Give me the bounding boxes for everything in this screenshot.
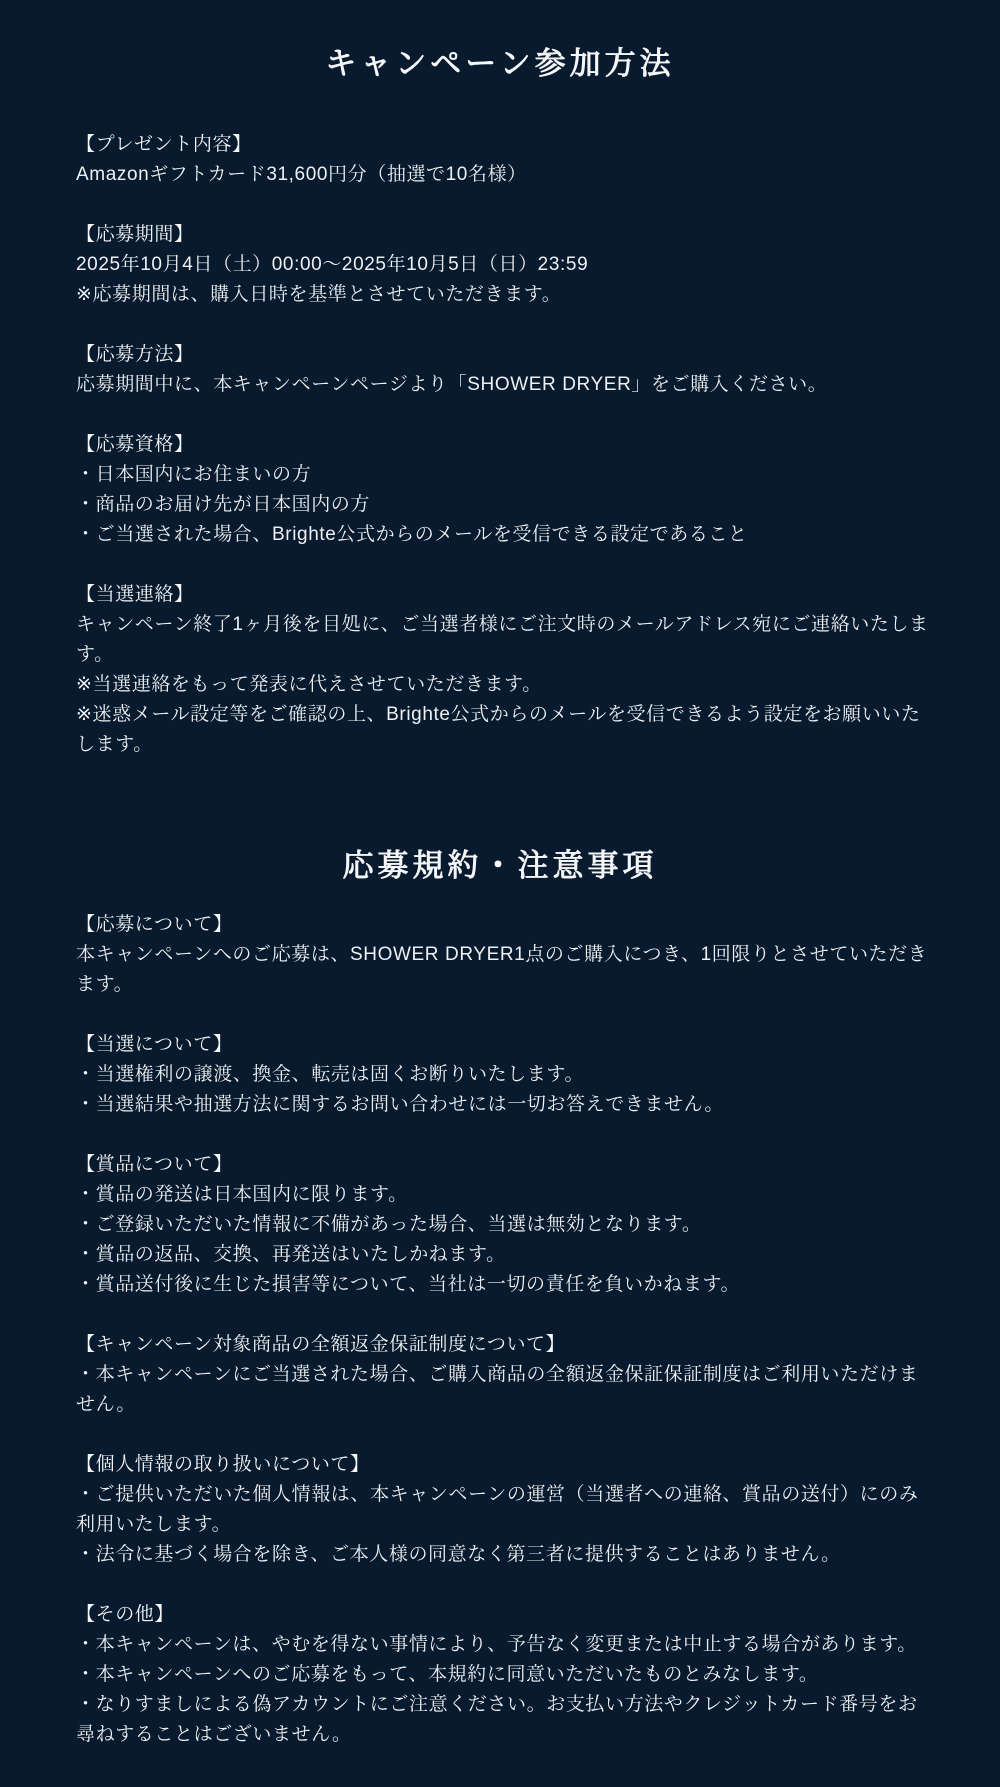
block-heading: 【賞品について】 xyxy=(76,1150,936,1180)
block-heading: 【プレゼント内容】 xyxy=(76,130,936,160)
list-item: ・法令に基づく場合を除き、ご本人様の同意なく第三者に提供することはありません。 xyxy=(76,1540,936,1570)
list-item: ・なりすましによる偽アカウントにご注意ください。お支払い方法やクレジットカード番… xyxy=(76,1690,936,1750)
paragraph: ※迷惑メール設定等をご確認の上、Brighte公式からのメールを受信できるよう設… xyxy=(76,700,936,760)
list-item: ・当選権利の譲渡、換金、転売は固くお断りいたします。 xyxy=(76,1060,936,1090)
block-others: 【その他】 ・本キャンペーンは、やむを得ない事情により、予告なく変更または中止す… xyxy=(76,1600,936,1750)
campaign-terms-page: キャンペーン参加方法 【プレゼント内容】 Amazonギフトカード31,600円… xyxy=(0,0,1000,1787)
block-refund-guarantee: 【キャンペーン対象商品の全額返金保証制度について】 ・本キャンペーンにご当選され… xyxy=(76,1330,936,1420)
list-item: ・本キャンペーンは、やむを得ない事情により、予告なく変更または中止する場合があり… xyxy=(76,1630,936,1660)
block-heading: 【当選について】 xyxy=(76,1030,936,1060)
paragraph: 2025年10月4日（土）00:00〜2025年10月5日（日）23:59 xyxy=(76,250,936,280)
paragraph: ※当選連絡をもって発表に代えさせていただきます。 xyxy=(76,670,936,700)
block-entry-method: 【応募方法】 応募期間中に、本キャンペーンページより「SHOWER DRYER」… xyxy=(76,340,936,400)
page-title-how-to-join: キャンペーン参加方法 xyxy=(0,42,1000,86)
list-item: ・商品のお届け先が日本国内の方 xyxy=(76,490,936,520)
paragraph: キャンペーン終了1ヶ月後を目処に、ご当選者様にご注文時のメールアドレス宛にご連絡… xyxy=(76,610,936,670)
block-heading: 【応募方法】 xyxy=(76,340,936,370)
paragraph: 応募期間中に、本キャンペーンページより「SHOWER DRYER」をご購入くださ… xyxy=(76,370,936,400)
block-present-contents: 【プレゼント内容】 Amazonギフトカード31,600円分（抽選で10名様） xyxy=(76,130,936,190)
block-about-prize: 【賞品について】 ・賞品の発送は日本国内に限ります。 ・ご登録いただいた情報に不… xyxy=(76,1150,936,1300)
block-heading: 【その他】 xyxy=(76,1600,936,1630)
block-entry-period: 【応募期間】 2025年10月4日（土）00:00〜2025年10月5日（日）2… xyxy=(76,220,936,310)
list-item: ・賞品送付後に生じた損害等について、当社は一切の責任を負いかねます。 xyxy=(76,1270,936,1300)
list-item: ・ご登録いただいた情報に不備があった場合、当選は無効となります。 xyxy=(76,1210,936,1240)
block-about-entry: 【応募について】 本キャンペーンへのご応募は、SHOWER DRYER1点のご購… xyxy=(76,910,936,1000)
list-item: ・日本国内にお住まいの方 xyxy=(76,460,936,490)
section-terms-and-notes: 応募規約・注意事項 【応募について】 本キャンペーンへのご応募は、SHOWER … xyxy=(0,844,1000,1750)
paragraph: Amazonギフトカード31,600円分（抽選で10名様） xyxy=(76,160,936,190)
block-heading: 【個人情報の取り扱いについて】 xyxy=(76,1450,936,1480)
block-about-winning: 【当選について】 ・当選権利の譲渡、換金、転売は固くお断りいたします。 ・当選結… xyxy=(76,1030,936,1120)
terms-blocks: 【応募について】 本キャンペーンへのご応募は、SHOWER DRYER1点のご購… xyxy=(0,910,1000,1750)
list-item: ・本キャンペーンへのご応募をもって、本規約に同意いただいたものとみなします。 xyxy=(76,1660,936,1690)
list-item: ・本キャンペーンにご当選された場合、ご購入商品の全額返金保証保証制度はご利用いた… xyxy=(76,1360,936,1420)
block-heading: 【応募期間】 xyxy=(76,220,936,250)
block-eligibility: 【応募資格】 ・日本国内にお住まいの方 ・商品のお届け先が日本国内の方 ・ご当選… xyxy=(76,430,936,550)
block-heading: 【当選連絡】 xyxy=(76,580,936,610)
list-item: ・賞品の発送は日本国内に限ります。 xyxy=(76,1180,936,1210)
list-item: ・ご当選された場合、Brighte公式からのメールを受信できる設定であること xyxy=(76,520,936,550)
list-item: ・賞品の返品、交換、再発送はいたしかねます。 xyxy=(76,1240,936,1270)
block-heading: 【応募について】 xyxy=(76,910,936,940)
block-personal-info: 【個人情報の取り扱いについて】 ・ご提供いただいた個人情報は、本キャンペーンの運… xyxy=(76,1450,936,1570)
block-winner-notification: 【当選連絡】 キャンペーン終了1ヶ月後を目処に、ご当選者様にご注文時のメールアド… xyxy=(76,580,936,760)
paragraph: ※応募期間は、購入日時を基準とさせていただきます。 xyxy=(76,280,936,310)
paragraph: 本キャンペーンへのご応募は、SHOWER DRYER1点のご購入につき、1回限り… xyxy=(76,940,936,1000)
section-how-to-join: キャンペーン参加方法 【プレゼント内容】 Amazonギフトカード31,600円… xyxy=(0,42,1000,760)
list-item: ・当選結果や抽選方法に関するお問い合わせには一切お答えできません。 xyxy=(76,1090,936,1120)
block-heading: 【キャンペーン対象商品の全額返金保証制度について】 xyxy=(76,1330,936,1360)
list-item: ・ご提供いただいた個人情報は、本キャンペーンの運営（当選者への連絡、賞品の送付）… xyxy=(76,1480,936,1540)
block-heading: 【応募資格】 xyxy=(76,430,936,460)
page-title-terms: 応募規約・注意事項 xyxy=(0,844,1000,888)
how-to-join-blocks: 【プレゼント内容】 Amazonギフトカード31,600円分（抽選で10名様） … xyxy=(0,130,1000,760)
